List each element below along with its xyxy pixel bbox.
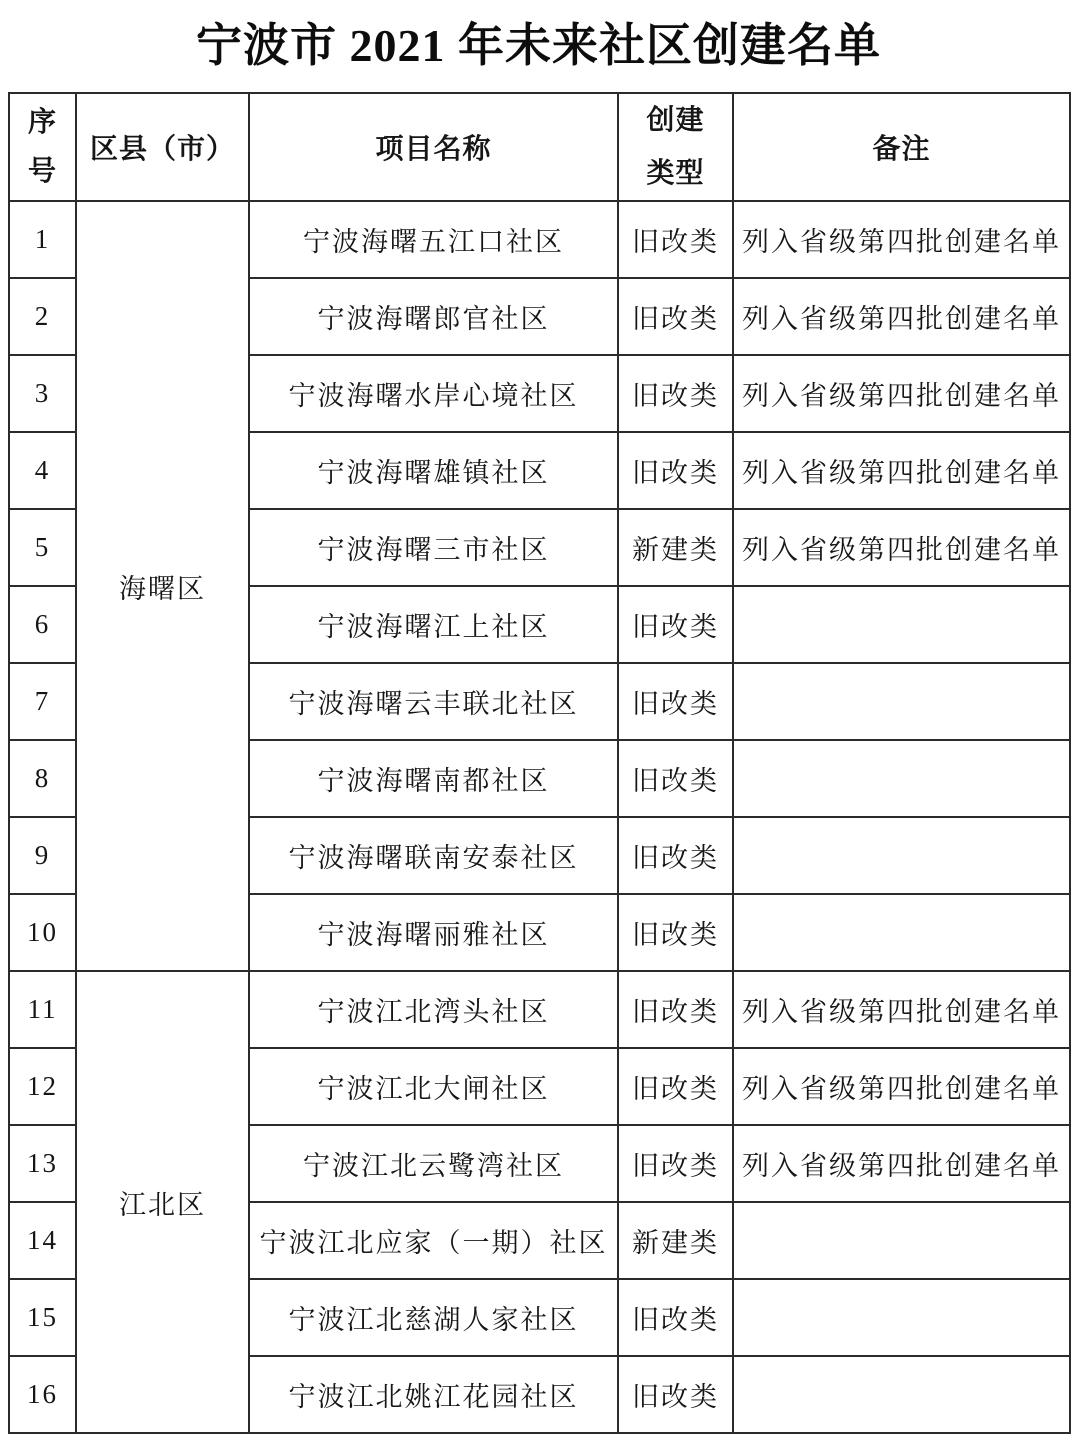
project-cell: 宁波江北应家（一期）社区 — [249, 1202, 618, 1279]
table-row: 1 海曙区 宁波海曙五江口社区 旧改类 列入省级第四批创建名单 — [9, 201, 1070, 278]
project-cell: 宁波海曙江上社区 — [249, 586, 618, 663]
index-cell: 10 — [9, 894, 76, 971]
type-cell: 旧改类 — [618, 355, 733, 432]
type-cell: 旧改类 — [618, 971, 733, 1048]
index-cell: 7 — [9, 663, 76, 740]
table-row: 11 江北区 宁波江北湾头社区 旧改类 列入省级第四批创建名单 — [9, 971, 1070, 1048]
index-cell: 15 — [9, 1279, 76, 1356]
project-cell: 宁波海曙云丰联北社区 — [249, 663, 618, 740]
remark-cell — [733, 1356, 1070, 1433]
index-cell: 5 — [9, 509, 76, 586]
type-cell: 旧改类 — [618, 740, 733, 817]
header-remark: 备注 — [733, 93, 1070, 201]
project-cell: 宁波江北姚江花园社区 — [249, 1356, 618, 1433]
remark-cell — [733, 1279, 1070, 1356]
remark-cell: 列入省级第四批创建名单 — [733, 509, 1070, 586]
table-header-row: 序号 区县（市） 项目名称 创建类型 备注 — [9, 93, 1070, 201]
project-cell: 宁波江北湾头社区 — [249, 971, 618, 1048]
remark-cell — [733, 1202, 1070, 1279]
remark-cell — [733, 586, 1070, 663]
header-project: 项目名称 — [249, 93, 618, 201]
index-cell: 9 — [9, 817, 76, 894]
type-cell: 旧改类 — [618, 817, 733, 894]
header-district: 区县（市） — [76, 93, 249, 201]
remark-cell — [733, 663, 1070, 740]
type-cell: 旧改类 — [618, 663, 733, 740]
project-cell: 宁波海曙郎官社区 — [249, 278, 618, 355]
project-cell: 宁波海曙联南安泰社区 — [249, 817, 618, 894]
type-cell: 旧改类 — [618, 894, 733, 971]
index-cell: 12 — [9, 1048, 76, 1125]
type-cell: 旧改类 — [618, 278, 733, 355]
remark-cell: 列入省级第四批创建名单 — [733, 1048, 1070, 1125]
type-cell: 新建类 — [618, 1202, 733, 1279]
remark-cell: 列入省级第四批创建名单 — [733, 355, 1070, 432]
district-cell-haishu: 海曙区 — [76, 201, 249, 971]
index-cell: 4 — [9, 432, 76, 509]
header-index-label: 序号 — [26, 98, 58, 196]
index-cell: 1 — [9, 201, 76, 278]
remark-cell: 列入省级第四批创建名单 — [733, 1125, 1070, 1202]
project-cell: 宁波海曙三市社区 — [249, 509, 618, 586]
index-cell: 16 — [9, 1356, 76, 1433]
remark-cell: 列入省级第四批创建名单 — [733, 971, 1070, 1048]
index-cell: 2 — [9, 278, 76, 355]
header-type-label: 创建类型 — [646, 94, 705, 200]
index-cell: 13 — [9, 1125, 76, 1202]
remark-cell — [733, 894, 1070, 971]
remark-cell: 列入省级第四批创建名单 — [733, 201, 1070, 278]
type-cell: 旧改类 — [618, 1048, 733, 1125]
type-cell: 旧改类 — [618, 201, 733, 278]
page-title: 宁波市 2021 年未来社区创建名单 — [0, 0, 1077, 92]
index-cell: 11 — [9, 971, 76, 1048]
project-cell: 宁波海曙水岸心境社区 — [249, 355, 618, 432]
type-cell: 旧改类 — [618, 432, 733, 509]
index-cell: 3 — [9, 355, 76, 432]
project-cell: 宁波江北云鹭湾社区 — [249, 1125, 618, 1202]
header-index: 序号 — [9, 93, 76, 201]
type-cell: 新建类 — [618, 509, 733, 586]
type-cell: 旧改类 — [618, 1125, 733, 1202]
project-cell: 宁波海曙南都社区 — [249, 740, 618, 817]
remark-cell — [733, 817, 1070, 894]
project-cell: 宁波海曙五江口社区 — [249, 201, 618, 278]
type-cell: 旧改类 — [618, 586, 733, 663]
type-cell: 旧改类 — [618, 1279, 733, 1356]
district-cell-jiangbei: 江北区 — [76, 971, 249, 1433]
remark-cell — [733, 740, 1070, 817]
project-cell: 宁波海曙雄镇社区 — [249, 432, 618, 509]
index-cell: 8 — [9, 740, 76, 817]
remark-cell: 列入省级第四批创建名单 — [733, 432, 1070, 509]
index-cell: 14 — [9, 1202, 76, 1279]
remark-cell: 列入省级第四批创建名单 — [733, 278, 1070, 355]
project-cell: 宁波江北大闸社区 — [249, 1048, 618, 1125]
header-type: 创建类型 — [618, 93, 733, 201]
community-list-table: 序号 区县（市） 项目名称 创建类型 备注 1 海曙区 宁波海曙五江口社区 旧改… — [8, 92, 1071, 1434]
index-cell: 6 — [9, 586, 76, 663]
project-cell: 宁波江北慈湖人家社区 — [249, 1279, 618, 1356]
project-cell: 宁波海曙丽雅社区 — [249, 894, 618, 971]
type-cell: 旧改类 — [618, 1356, 733, 1433]
